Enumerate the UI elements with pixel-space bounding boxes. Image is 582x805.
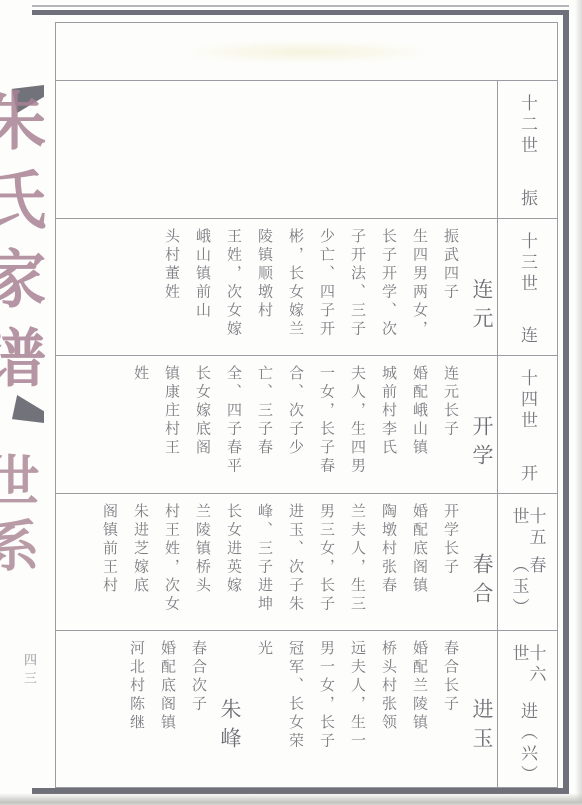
generation-band-content: 进玉 春合长子 婚配兰陵镇 桥头村张领 远夫人，生一 男一女，长子 冠军、长女荣… [56, 631, 497, 787]
entry-text-column: 冠军、长女荣 [287, 640, 302, 783]
entry-text-column: 彬，长女嫁兰 [287, 228, 302, 352]
generation-surname: 进（兴） [519, 702, 536, 779]
entry-text-column: 一女，长子春 [318, 365, 333, 489]
person-entries: 春合 开学长子 婚配底阁镇 陶墩村张春 兰夫人，生三 男三女，长子 进玉、次子朱… [56, 494, 497, 631]
generation-band-content: 连元 振武四子 生四男两女， 长子开学、次 子开法、三子 少亡、四子开 彬，长女… [56, 219, 497, 356]
person-entries: 进玉 春合长子 婚配兰陵镇 桥头村张领 远夫人，生一 男一女，长子 冠军、长女荣… [56, 631, 497, 787]
entry-text-column: 全、四子春平 [225, 365, 240, 489]
entry-text-column: 开学长子 [442, 503, 457, 627]
person-name: 开学 [471, 415, 492, 489]
entry-text-column: 镇康庄村王 [163, 365, 178, 489]
entry-text-column: 兰陵镇桥头 [194, 503, 209, 627]
entry-text-column: 婚配底阁镇 [411, 503, 426, 627]
entry-text-column: 夫人，生四男 [349, 365, 364, 489]
generation-band: 连元 振武四子 生四男两女， 长子开学、次 子开法、三子 少亡、四子开 彬，长女… [56, 219, 557, 357]
person-name: 连元 [471, 278, 492, 352]
entry-text-column: 男一女，长子 [318, 640, 333, 783]
entry-text-column: 朱进芝嫁底 [132, 503, 147, 627]
generation-label: 十六世 [511, 644, 545, 702]
person-entry: 朱峰 春合次子 婚配底阁镇 河北村陈继 [128, 640, 240, 783]
entry-text-column: 婚配兰陵镇 [411, 640, 426, 783]
person-name: 春合 [471, 553, 492, 627]
entry-text-column: 峰、三子进坤 [256, 503, 271, 627]
generation-band-content [56, 81, 497, 218]
entry-text-column: 生四男两女， [411, 228, 426, 352]
generation-band: 进玉 春合长子 婚配兰陵镇 桥头村张领 远夫人，生一 男一女，长子 冠军、长女荣… [56, 631, 557, 787]
person-entry: 开学 连元长子 婚配峨山镇 城前村李氏 夫人，生四男 一女，长子春 合、次子少 … [132, 365, 492, 489]
generation-label: 十四世 [519, 369, 536, 432]
entry-text-column: 亡、三子春 [256, 365, 271, 489]
scan-edge-bottom [0, 793, 582, 805]
entry-text-column: 兰夫人，生三 [349, 503, 364, 627]
entry-text-column: 子开法、三子 [349, 228, 364, 352]
generation-header: 十二世 振 [497, 81, 557, 218]
person-name: 朱峰 [219, 698, 240, 783]
generation-band-content: 春合 开学长子 婚配底阁镇 陶墩村张春 兰夫人，生三 男三女，长子 进玉、次子朱… [56, 494, 497, 631]
entry-text-column: 春合次子 [190, 640, 205, 783]
entry-text-column: 合、次子少 [287, 365, 302, 489]
generation-header: 十六世 进（兴） [497, 631, 557, 787]
entry-text-column: 姓 [132, 365, 147, 489]
outer-frame-thin-line [32, 5, 569, 7]
entry-text-column: 光 [256, 640, 271, 783]
generation-band: 十二世 振 [56, 81, 557, 219]
entry-text-column: 进玉、次子朱 [287, 503, 302, 627]
table-top-blank-row [56, 23, 557, 81]
entry-text-column: 桥头村张领 [380, 640, 395, 783]
person-entry: 进玉 春合长子 婚配兰陵镇 桥头村张领 远夫人，生一 男一女，长子 冠军、长女荣… [256, 640, 492, 783]
generation-label: 十二世 [519, 94, 536, 157]
genealogy-table: 十二世 振 连元 振武四子 生四男两女， 长子开学、次 子开法、三子 少亡、四子… [55, 22, 558, 788]
entry-text-column: 城前村李氏 [380, 365, 395, 489]
entry-text-column: 头村董姓 [163, 228, 178, 352]
generation-label: 十三世 [519, 232, 536, 295]
person-name: 进玉 [471, 698, 492, 783]
scan-edge-right [575, 0, 582, 805]
generation-surname: 春（玉） [511, 556, 545, 622]
generation-surname: 连 [519, 326, 536, 347]
generation-band-content: 开学 连元长子 婚配峨山镇 城前村李氏 夫人，生四男 一女，长子春 合、次子少 … [56, 356, 497, 493]
person-entries: 连元 振武四子 生四男两女， 长子开学、次 子开法、三子 少亡、四子开 彬，长女… [56, 219, 497, 356]
entry-text-column: 河北村陈继 [128, 640, 143, 783]
entry-text-column: 长女嫁底阁 [194, 365, 209, 489]
entry-text-column: 陶墩村张春 [380, 503, 395, 627]
generation-header: 十五世 春（玉） [497, 494, 557, 631]
entry-text-column: 长子开学、次 [380, 228, 395, 352]
generation-label: 十五世 [511, 507, 545, 557]
generation-header: 十四世 开 [497, 356, 557, 493]
entry-text-column: 峨山镇前山 [194, 228, 209, 352]
entry-text-column: 少亡、四子开 [318, 228, 333, 352]
entry-text-column: 长女进英嫁 [225, 503, 240, 627]
generation-surname: 振 [519, 189, 536, 210]
entry-text-column: 婚配底阁镇 [159, 640, 174, 783]
genealogy-page-scan: 朱氏家谱 世系 四三 十二世 振 连元 振武四子 生四男两女， 长子开学、次 子… [0, 0, 582, 805]
entry-text-column: 连元长子 [442, 365, 457, 489]
person-entries [56, 81, 497, 218]
entry-text-column: 王姓，次女嫁 [225, 228, 240, 352]
generation-surname: 开 [519, 464, 536, 485]
person-entry: 春合 开学长子 婚配底阁镇 陶墩村张春 兰夫人，生三 男三女，长子 进玉、次子朱… [101, 503, 492, 627]
person-entry: 连元 振武四子 生四男两女， 长子开学、次 子开法、三子 少亡、四子开 彬，长女… [163, 228, 492, 352]
generation-header: 十三世 连 [497, 219, 557, 356]
entry-text-column: 男三女，长子 [318, 503, 333, 627]
entry-text-column: 村王姓，次女 [163, 503, 178, 627]
entry-text-column: 远夫人，生一 [349, 640, 364, 783]
entry-text-column: 阁镇前王村 [101, 503, 116, 627]
generation-band: 开学 连元长子 婚配峨山镇 城前村李氏 夫人，生四男 一女，长子春 合、次子少 … [56, 356, 557, 494]
person-entries: 开学 连元长子 婚配峨山镇 城前村李氏 夫人，生四男 一女，长子春 合、次子少 … [56, 356, 497, 493]
generation-band: 春合 开学长子 婚配底阁镇 陶墩村张春 兰夫人，生三 男三女，长子 进玉、次子朱… [56, 494, 557, 632]
entry-text-column: 陵镇顺墩村 [256, 228, 271, 352]
entry-text-column: 振武四子 [442, 228, 457, 352]
entry-text-column: 春合长子 [442, 640, 457, 783]
bleed-through-smudge [176, 41, 436, 63]
generation-bands: 十二世 振 连元 振武四子 生四男两女， 长子开学、次 子开法、三子 少亡、四子… [56, 81, 557, 787]
entry-text-column: 婚配峨山镇 [411, 365, 426, 489]
